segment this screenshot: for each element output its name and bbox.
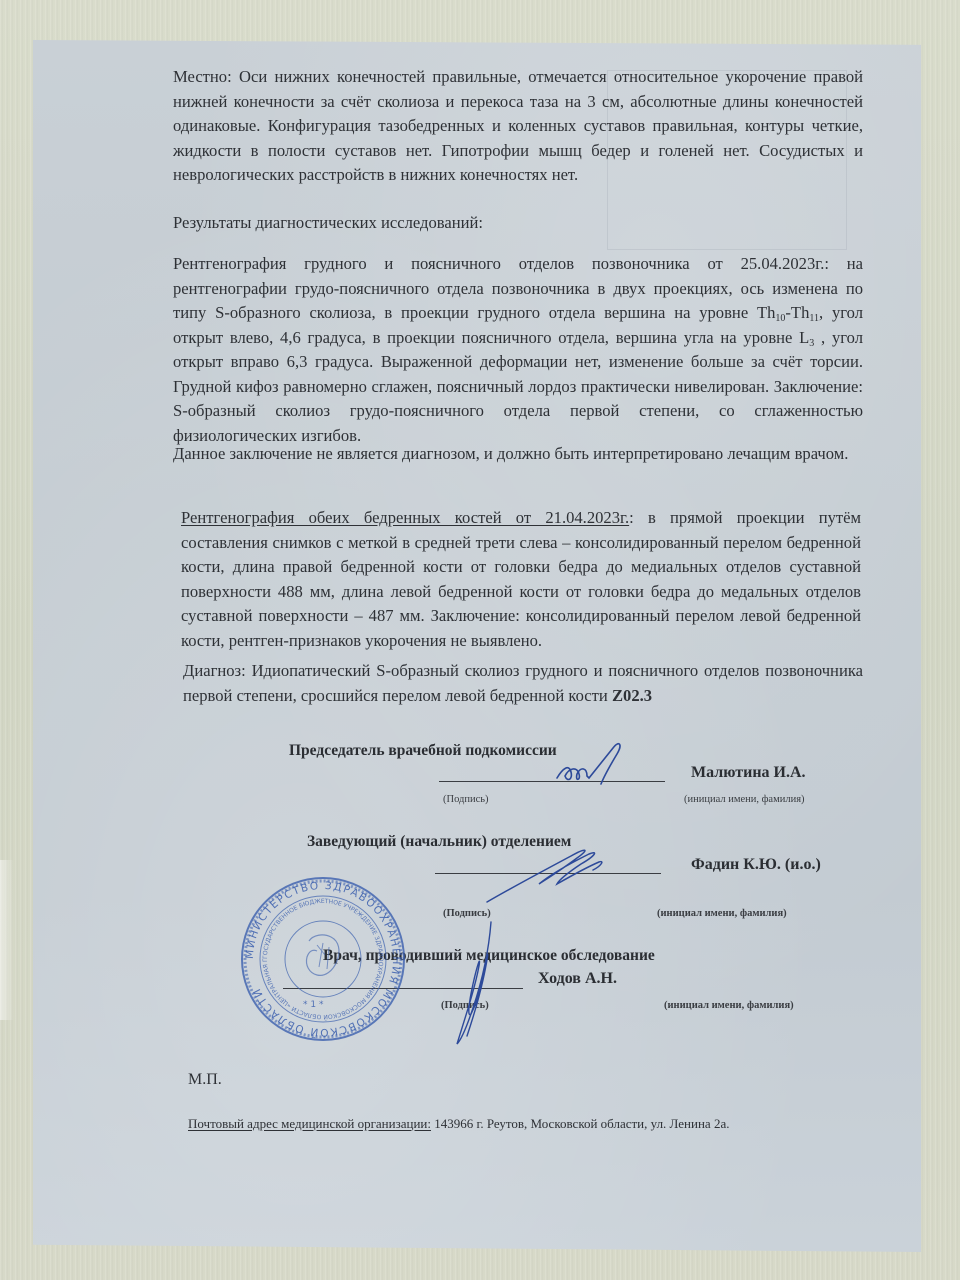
diagnosis-paragraph: Диагноз: Идиопатический S-образный сколи… xyxy=(183,659,863,708)
diagnostics-heading-block: Результаты диагностических исследований: xyxy=(173,211,863,236)
femur-xray-paragraph: Рентгенография обеих бедренных костей от… xyxy=(181,506,861,653)
document-page: Местно: Оси нижних конечностей правильны… xyxy=(33,40,921,1252)
diagnostics-heading: Результаты диагностических исследований: xyxy=(173,211,863,236)
signature-name-doctor: Ходов А.Н. xyxy=(538,970,617,988)
handwritten-signature-doctor xyxy=(443,918,503,1048)
spine-xray-paragraph: Рентгенография грудного и поясничного от… xyxy=(173,252,863,448)
signature-role-head: Заведующий (начальник) отделением xyxy=(307,833,571,851)
disclaimer-paragraph: Данное заключение не является диагнозом,… xyxy=(173,442,863,467)
spine-xray-dash: -Th xyxy=(785,303,809,322)
signature-role-doctor: Врач, проводивший медицинское обследован… xyxy=(323,947,655,965)
stamp-number: * 1 * xyxy=(303,1000,324,1010)
femur-xray-title: Рентгенография обеих бедренных костей от… xyxy=(181,508,629,527)
signature-line-chairman xyxy=(439,781,665,782)
signature-name-chairman: Малютина И.А. xyxy=(691,764,806,782)
local-status-paragraph: Местно: Оси нижних конечностей правильны… xyxy=(173,65,863,188)
signature-role-chairman: Председатель врачебной подкомиссии xyxy=(289,742,557,760)
diagnosis-code: Z02.3 xyxy=(612,686,652,705)
diagnosis-body: Диагноз: Идиопатический S-образный сколи… xyxy=(183,661,863,705)
postal-address: Почтовый адрес медицинской организации: … xyxy=(188,1116,729,1132)
diagnosis-text: Диагноз: Идиопатический S-образный сколи… xyxy=(183,659,863,708)
signature-caption-head: (Подпись) xyxy=(443,908,491,919)
signature-caption-chairman: (Подпись) xyxy=(443,794,489,805)
name-caption-head: (инициал имени, фамилия) xyxy=(657,908,787,919)
postal-address-label: Почтовый адрес медицинской организации: xyxy=(188,1116,431,1131)
femur-xray-body: в прямой проекции путём составления сним… xyxy=(181,508,861,650)
signature-caption-doctor: (Подпись) xyxy=(441,1000,489,1011)
handwritten-signature-chairman xyxy=(553,738,633,790)
postal-address-value: 143966 г. Реутов, Московской области, ул… xyxy=(431,1116,729,1131)
signature-line-head xyxy=(435,873,661,874)
spine-xray-text: Рентгенография грудного и поясничного от… xyxy=(173,252,863,448)
spine-xray-part1: Рентгенография грудного и поясничного от… xyxy=(173,254,863,322)
vertebra-sub-10: 10 xyxy=(775,313,785,324)
name-caption-chairman: (инициал имени, фамилия) xyxy=(684,794,805,805)
signature-line-doctor xyxy=(283,988,523,989)
disclaimer-text: Данное заключение не является диагнозом,… xyxy=(173,442,863,467)
stamp-place-label: М.П. xyxy=(188,1071,222,1089)
name-caption-doctor: (инициал имени, фамилия) xyxy=(664,1000,794,1011)
femur-xray-text: Рентгенография обеих бедренных костей от… xyxy=(181,506,861,653)
local-status-text: Местно: Оси нижних конечностей правильны… xyxy=(173,65,863,188)
plastic-sleeve-edge xyxy=(0,860,14,1020)
signature-name-head: Фадин К.Ю. (и.о.) xyxy=(691,856,821,874)
vertebra-sub-11: 11 xyxy=(809,313,819,324)
